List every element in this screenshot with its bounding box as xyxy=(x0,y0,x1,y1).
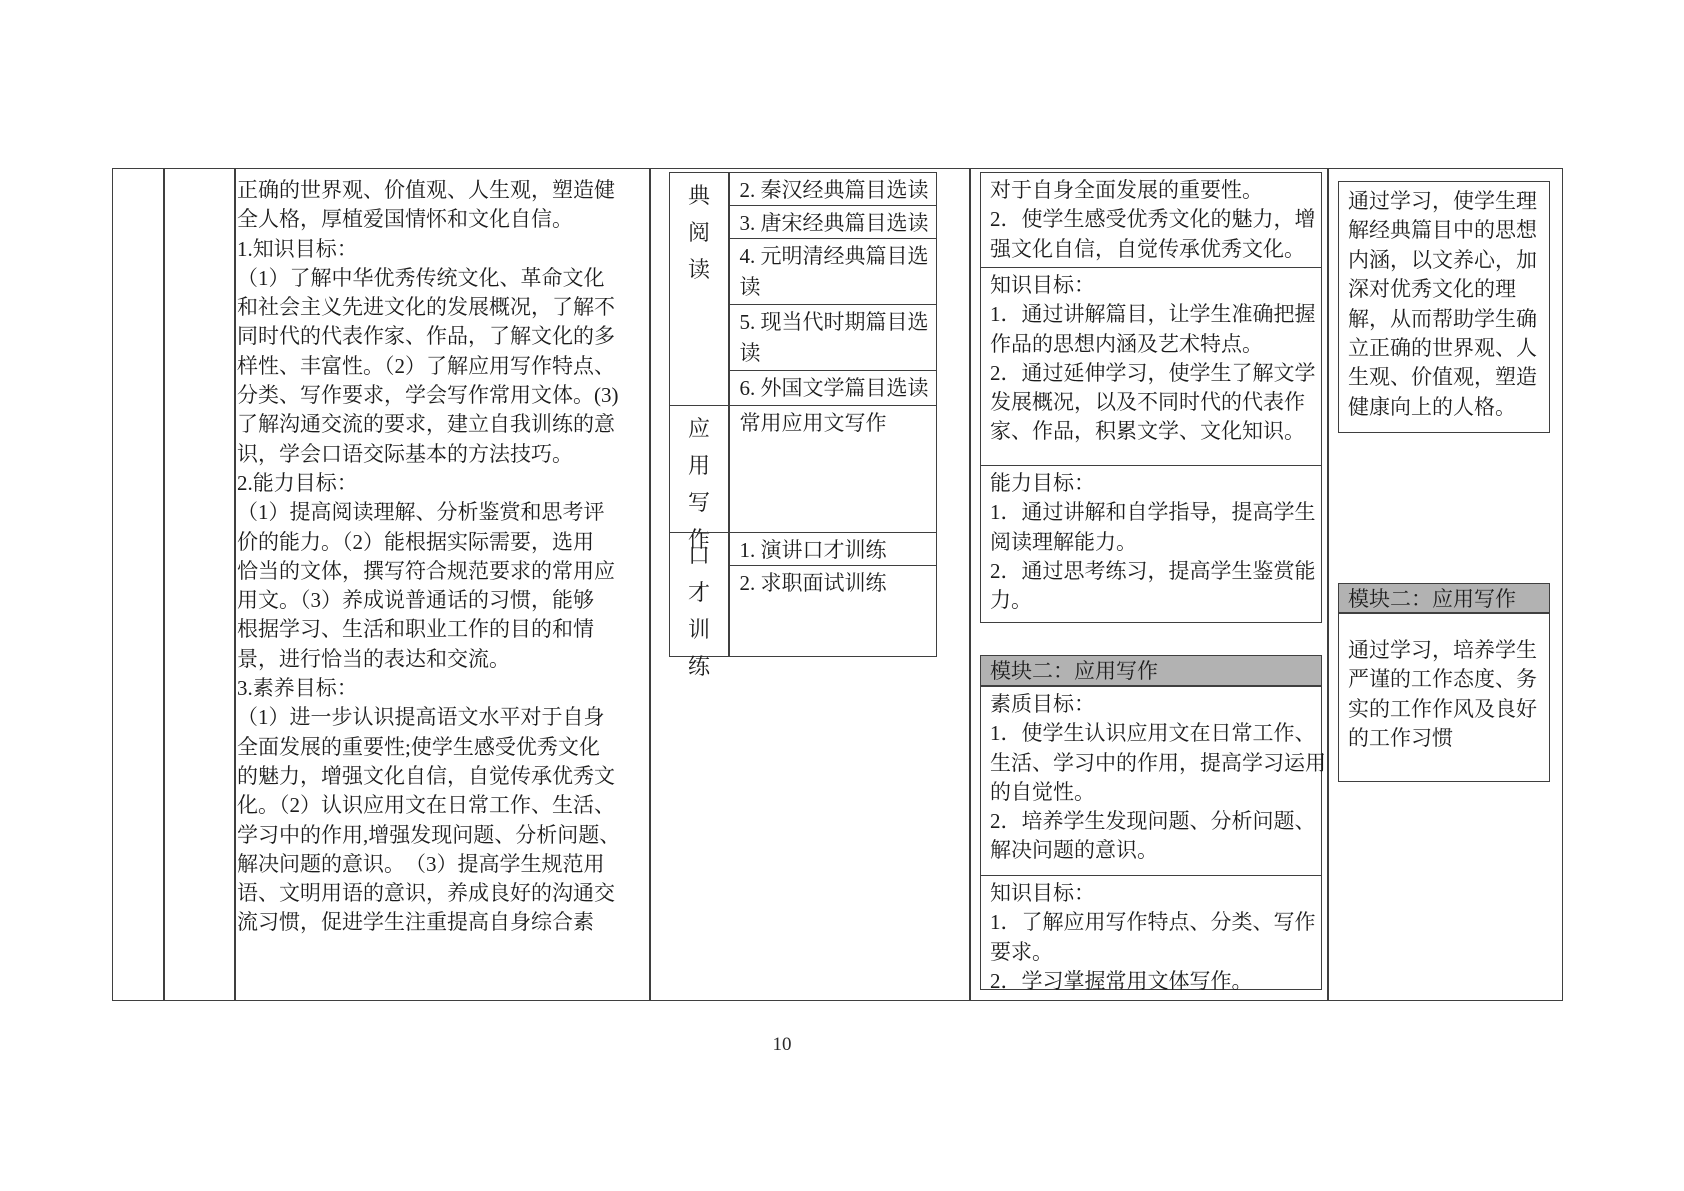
content-item: 常用应用文写作 xyxy=(730,406,937,533)
text-line: 2．通过延伸学习，使学生了解文学 xyxy=(990,359,1321,388)
text-line: 1．通过讲解篇目，让学生准确把握 xyxy=(990,300,1321,329)
text-line: 1．通过讲解和自学指导，提高学生 xyxy=(990,498,1321,527)
module2-summary-box: 通过学习，培养学生严谨的工作态度、务实的工作作风及良好的工作习惯 xyxy=(1338,613,1550,782)
text-line: 2．培养学生发现问题、分析问题、 xyxy=(990,807,1321,836)
text-line: 识，学会口语交际基本的方法技巧。 xyxy=(237,440,649,469)
text-line: 化。（2）认识应用文在日常工作、生活、 xyxy=(237,791,649,820)
text-line: 用文。（3）养成说普通话的习惯，能够 xyxy=(237,586,649,615)
text-line: 解决问题的意识。 xyxy=(990,836,1321,865)
text-line: 的魅力，增强文化自信，自觉传承优秀文 xyxy=(237,762,649,791)
module2-summary-header: 模块二：应用写作 xyxy=(1338,583,1550,613)
module-label-char: 应 xyxy=(670,410,728,447)
document-page: 正确的世界观、价值观、人生观，塑造健全人格，厚植爱国情怀和文化自信。1.知识目标… xyxy=(0,0,1684,1191)
text-line: 知识目标： xyxy=(990,271,1321,300)
module-label-char: 训 xyxy=(670,611,728,648)
text-line: 语、文明用语的意识，养成良好的沟通交 xyxy=(237,879,649,908)
text-line: 力。 xyxy=(990,586,1321,615)
text-line: 流习惯，促进学生注重提高自身综合素 xyxy=(237,908,649,937)
text-line: 样性、丰富性。（2）了解应用写作特点、 xyxy=(237,352,649,381)
table-column-border xyxy=(649,169,651,1000)
module-label-char: 练 xyxy=(670,648,728,685)
text-line: （1）提高阅读理解、分析鉴赏和思考评 xyxy=(237,498,649,527)
text-line: 生观、价值观，塑造 xyxy=(1348,363,1549,392)
text-line: 1.知识目标： xyxy=(237,235,649,264)
text-line: 解决问题的意识。 （3）提高学生规范用 xyxy=(237,850,649,879)
text-line: 2．使学生感受优秀文化的魅力，增 xyxy=(990,205,1321,234)
text-line: 家、作品，积累文学、文化知识。 xyxy=(990,417,1321,446)
text-line: 强文化自信，自觉传承优秀文化。 xyxy=(990,235,1321,264)
text-line: 要求。 xyxy=(990,938,1321,967)
targets-segment: 知识目标：1．了解应用写作特点、分类、写作要求。2．学习掌握常用文体写作。 xyxy=(981,876,1321,991)
targets-segment: 素质目标：1．使学生认识应用文在日常工作、生活、学习中的作用，提高学习运用的自觉… xyxy=(981,687,1321,876)
text-line: 解经典篇目中的思想 xyxy=(1348,216,1549,245)
text-line: 1．使学生认识应用文在日常工作、 xyxy=(990,719,1321,748)
module-label: 典阅读 xyxy=(670,173,728,406)
text-line: 对于自身全面发展的重要性。 xyxy=(990,176,1321,205)
text-line: 的自觉性。 xyxy=(990,778,1321,807)
text-line: 3.素养目标： xyxy=(237,674,649,703)
module1-summary-box: 通过学习，使学生理解经典篇目中的思想内涵，以文养心，加深对优秀文化的理解，从而帮… xyxy=(1338,181,1550,433)
text-line: 了解沟通交流的要求，建立自我训练的意 xyxy=(237,410,649,439)
module-label: 应用写作 xyxy=(670,406,728,533)
text-line: 实的工作作风及良好 xyxy=(1348,695,1549,724)
text-line: 正确的世界观、价值观、人生观，塑造健 xyxy=(237,176,649,205)
content-item: 4. 元明清经典篇目选 读 xyxy=(730,239,937,305)
module-label-char: 典 xyxy=(670,177,728,214)
text-line: 通过学习，培养学生 xyxy=(1348,636,1549,665)
module2-header: 模块二：应用写作 xyxy=(980,655,1322,686)
table-column-border xyxy=(234,169,236,1000)
text-line: 2．通过思考练习，提高学生鉴赏能 xyxy=(990,557,1321,586)
content-item: 5. 现当代时期篇目选 读 xyxy=(730,305,937,371)
text-line: 深对优秀文化的理 xyxy=(1348,275,1549,304)
module-label-char: 读 xyxy=(670,251,728,288)
module-label-char: 写 xyxy=(670,484,728,521)
table-column-border xyxy=(969,169,971,1000)
text-line: 内涵，以文养心，加 xyxy=(1348,246,1549,275)
text-line: 全人格，厚植爱国情怀和文化自信。 xyxy=(237,205,649,234)
text-line: 的工作习惯 xyxy=(1348,724,1549,753)
module-label-char: 才 xyxy=(670,574,728,611)
text-line: 严谨的工作态度、务 xyxy=(1348,665,1549,694)
text-line: 素质目标： xyxy=(990,690,1321,719)
text-line: 作品的思想内涵及艺术特点。 xyxy=(990,330,1321,359)
text-line: （1）进一步认识提高语文水平对于自身 xyxy=(237,703,649,732)
text-line: 同时代的代表作家、作品，了解文化的多 xyxy=(237,322,649,351)
text-line: 根据学习、生活和职业工作的目的和情 xyxy=(237,615,649,644)
text-line: 立正确的世界观、人 xyxy=(1348,334,1549,363)
text-line: 发展概况，以及不同时代的代表作 xyxy=(990,388,1321,417)
text-line: 解，从而帮助学生确 xyxy=(1348,305,1549,334)
content-item: 2. 求职面试训练 xyxy=(730,566,937,658)
targets-segment: 能力目标：1．通过讲解和自学指导，提高学生阅读理解能力。2．通过思考练习，提高学… xyxy=(981,466,1321,624)
content-item: 3. 唐宋经典篇目选读 xyxy=(730,206,937,239)
text-line: 景，进行恰当的表达和交流。 xyxy=(237,645,649,674)
text-line: 全面发展的重要性;使学生感受优秀文化 xyxy=(237,733,649,762)
text-line: 能力目标： xyxy=(990,469,1321,498)
text-line: 恰当的文体，撰写符合规范要求的常用应 xyxy=(237,557,649,586)
module-label-char: 口 xyxy=(670,537,728,574)
module2-targets-box: 素质目标：1．使学生认识应用文在日常工作、生活、学习中的作用，提高学习运用的自觉… xyxy=(980,686,1322,990)
text-line: 阅读理解能力。 xyxy=(990,528,1321,557)
module-label-char: 阅 xyxy=(670,214,728,251)
targets-segment: 对于自身全面发展的重要性。2．使学生感受优秀文化的魅力，增强文化自信，自觉传承优… xyxy=(981,173,1321,268)
text-line: 学习中的作用,增强发现问题、分析问题、 xyxy=(237,821,649,850)
text-line: 和社会主义先进文化的发展概况，了解不 xyxy=(237,293,649,322)
module1-targets-box: 对于自身全面发展的重要性。2．使学生感受优秀文化的魅力，增强文化自信，自觉传承优… xyxy=(980,172,1322,623)
text-line: 1．了解应用写作特点、分类、写作 xyxy=(990,908,1321,937)
text-line: 分类、写作要求，学会写作常用文体。(3) xyxy=(237,381,649,410)
text-line: 健康向上的人格。 xyxy=(1348,393,1549,422)
content-item: 2. 秦汉经典篇目选读 xyxy=(730,173,937,206)
text-line: 2．学习掌握常用文体写作。 xyxy=(990,967,1321,996)
text-line: 2.能力目标： xyxy=(237,469,649,498)
table-column-border xyxy=(163,169,165,1000)
text-line: 价的能力。（2）能根据实际需要，选用 xyxy=(237,528,649,557)
text-line: 生活、学习中的作用，提高学习运用 xyxy=(990,749,1321,778)
content-item: 6. 外国文学篇目选读 xyxy=(730,371,937,406)
module-label-char: 用 xyxy=(670,447,728,484)
course-objectives-cell: 正确的世界观、价值观、人生观，塑造健全人格，厚植爱国情怀和文化自信。1.知识目标… xyxy=(237,176,649,938)
targets-segment: 知识目标：1．通过讲解篇目，让学生准确把握作品的思想内涵及艺术特点。2．通过延伸… xyxy=(981,268,1321,466)
module-content-table: 典阅读2. 秦汉经典篇目选读3. 唐宋经典篇目选读4. 元明清经典篇目选 读5.… xyxy=(669,172,937,657)
text-line: 通过学习，使学生理 xyxy=(1348,187,1549,216)
module-label: 口才训练 xyxy=(670,533,728,658)
text-line: 知识目标： xyxy=(990,879,1321,908)
content-item: 1. 演讲口才训练 xyxy=(730,533,937,566)
page-number: 10 xyxy=(762,1034,802,1056)
text-line: （1）了解中华优秀传统文化、革命文化 xyxy=(237,264,649,293)
table-column-border xyxy=(1327,169,1329,1000)
